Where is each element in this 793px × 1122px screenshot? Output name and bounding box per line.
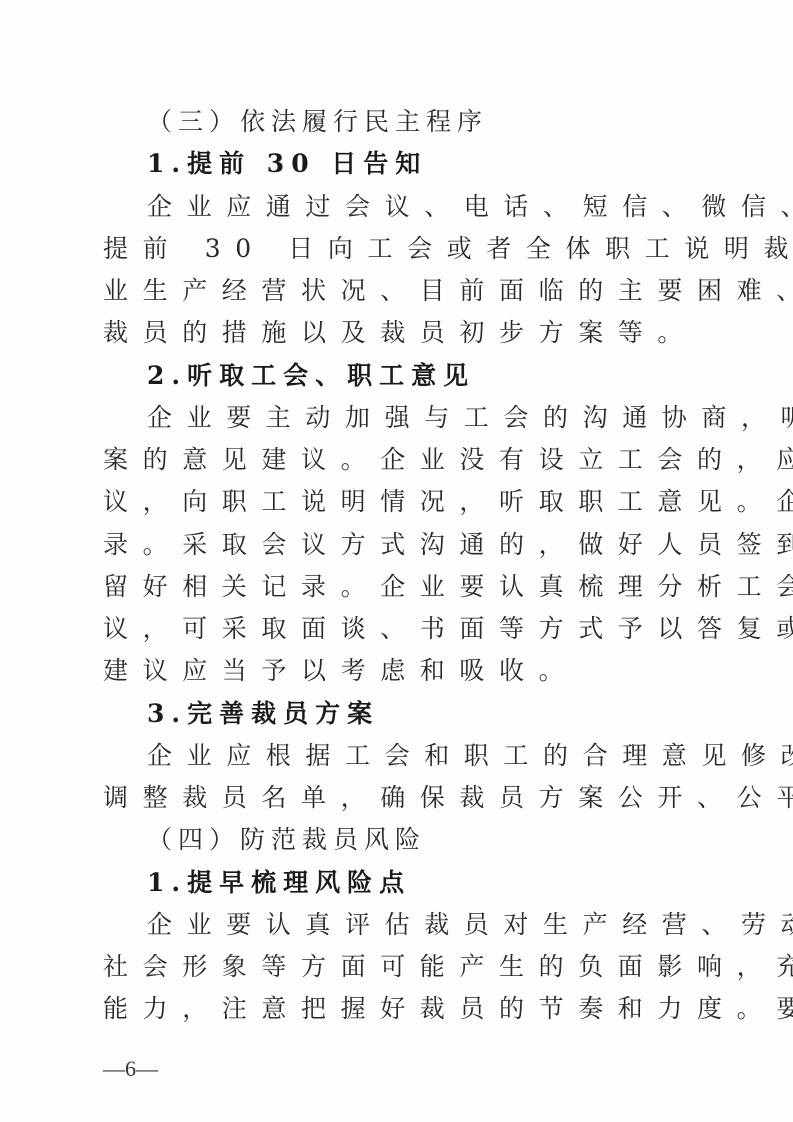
section-heading: （四）防范裁员风险 <box>103 819 665 861</box>
paragraph-line: 录。采取会议方式沟通的，做好人员签到和会议记录，并保 <box>103 524 665 566</box>
subsection-title: 2.听取工会、职工意见 <box>103 355 665 397</box>
paragraph-line: 议，可采取面谈、书面等方式予以答复或解释，合理的意见 <box>103 608 665 650</box>
paragraph-line: 议，向职工说明情况，听取职工意见。企业应当保留沟通记 <box>103 481 665 523</box>
paragraph-line: 留好相关记录。企业要认真梳理分析工会和职工所提意见建 <box>103 566 665 608</box>
paragraph-line: 能力，注意把握好裁员的节奏和力度。要提早预判可能引发 <box>103 988 665 1030</box>
subsection-title: 1.提前 30 日告知 <box>103 143 665 185</box>
paragraph-line: 企业要主动加强与工会的沟通协商，听取工会对裁员方 <box>103 397 665 439</box>
subsection-title: 3.完善裁员方案 <box>103 693 665 735</box>
paragraph-line: 社会形象等方面可能产生的负面影响，充分考虑职工的承受 <box>103 946 665 988</box>
subsection-title: 1.提早梳理风险点 <box>103 862 665 904</box>
section-heading: （三）依法履行民主程序 <box>103 101 665 143</box>
paragraph-line: 案的意见建议。企业没有设立工会的，应当召开全体职工会 <box>103 439 665 481</box>
document-body: （三）依法履行民主程序 1.提前 30 日告知 企业应通过会议、电话、短信、微信… <box>103 101 665 1031</box>
paragraph-line: 企业应通过会议、电话、短信、微信、电子邮件等形式， <box>103 186 665 228</box>
paragraph-line: 建议应当予以考虑和吸收。 <box>103 650 665 692</box>
paragraph-line: 企业应根据工会和职工的合理意见修改完善裁员方案， <box>103 735 665 777</box>
paragraph-line: 调整裁员名单，确保裁员方案公开、公平、公正。 <box>103 777 665 819</box>
paragraph-line: 企业要认真评估裁员对生产经营、劳动关系和谐及企业 <box>103 904 665 946</box>
document-page: （三）依法履行民主程序 1.提前 30 日告知 企业应通过会议、电话、短信、微信… <box>0 0 793 1122</box>
paragraph-line: 业生产经营状况、目前面临的主要困难、已采取的尽量减少 <box>103 270 665 312</box>
paragraph-line: 提前 30 日向工会或者全体职工说明裁员有关情况，包括企 <box>103 228 665 270</box>
paragraph-line: 裁员的措施以及裁员初步方案等。 <box>103 312 665 354</box>
page-number: —6— <box>103 1056 158 1082</box>
